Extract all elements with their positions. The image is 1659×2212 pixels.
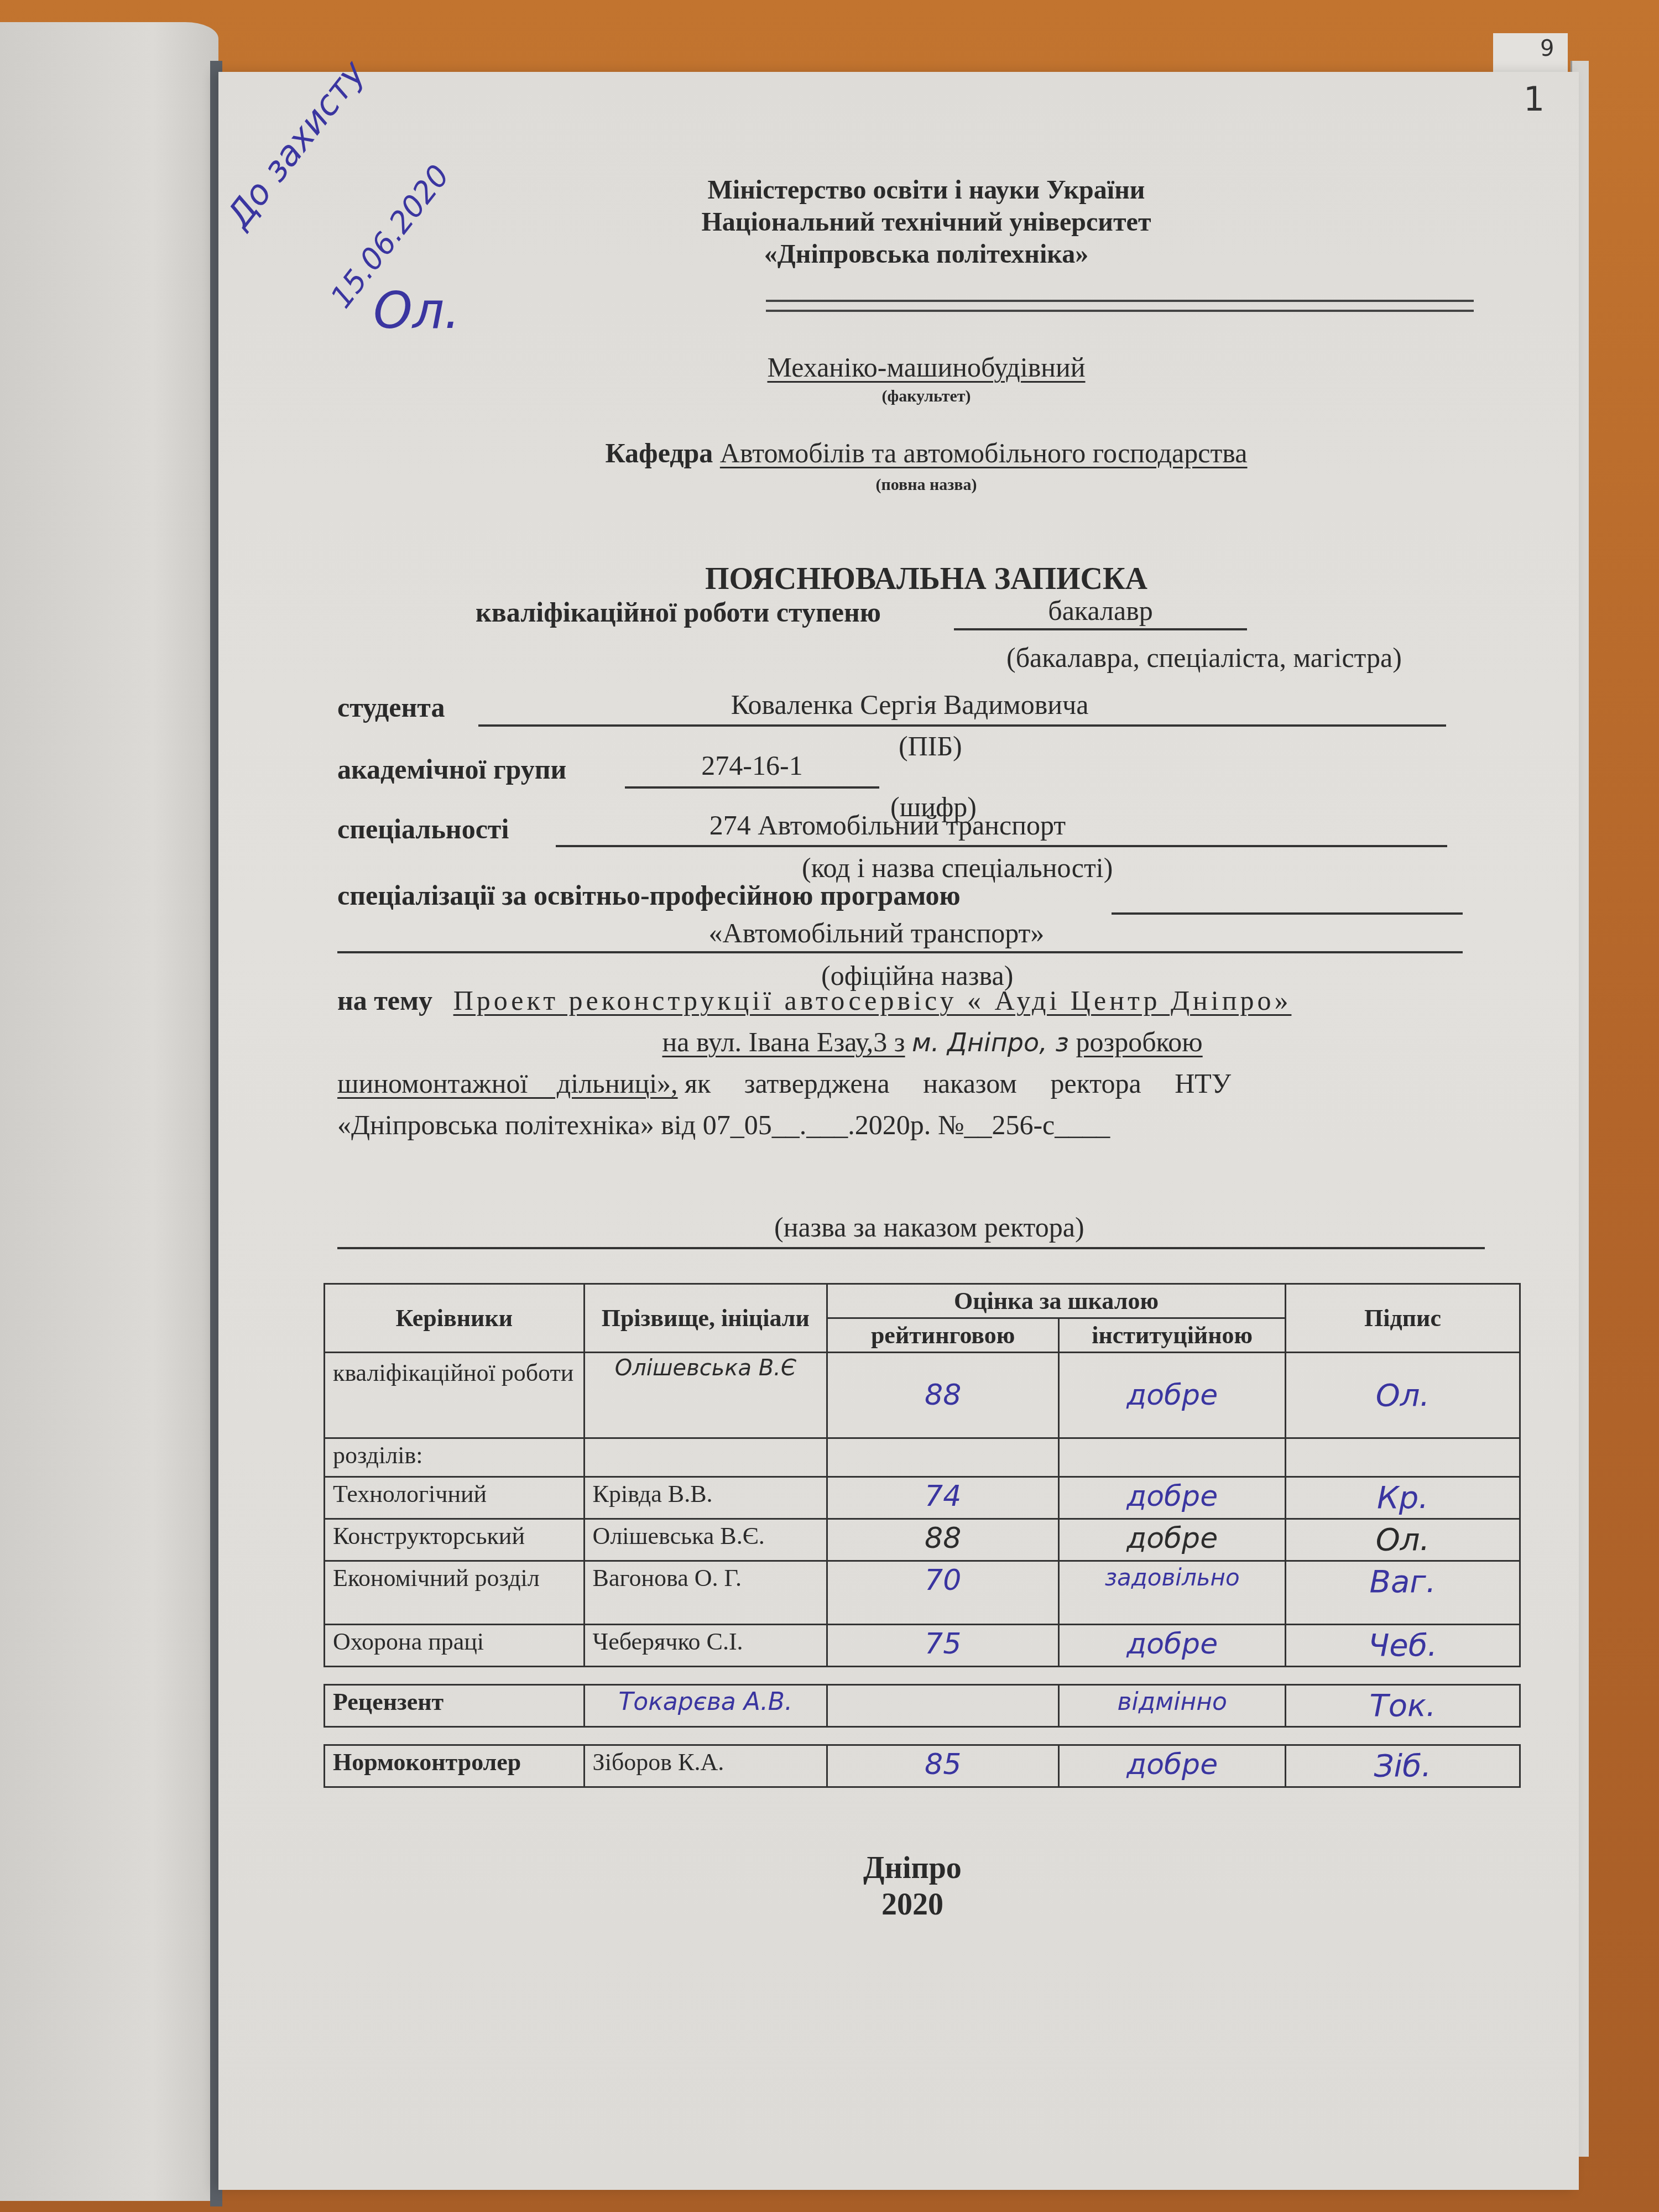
topic-label: на тему — [337, 985, 432, 1016]
left-page — [0, 22, 218, 2201]
table-row: Конструкторський Олішевська В.Є. 88 добр… — [325, 1519, 1520, 1561]
table-row: Економічний розділ Вагонова О. Г. 70 зад… — [325, 1561, 1520, 1625]
department-caption: (повна назва) — [218, 476, 1606, 494]
header-rule-top — [766, 300, 1474, 302]
signature: Чеб. — [1286, 1625, 1520, 1667]
signature: Ток. — [1286, 1685, 1520, 1727]
degree-label: кваліфікаційної роботи ступеню — [476, 596, 881, 628]
document-title: ПОЯСНЮВАЛЬНА ЗАПИСКА — [218, 561, 1606, 597]
topic-caption: (назва за наказом ректора) — [774, 1211, 1084, 1243]
ministry-line: Міністерство освіти і науки України — [218, 174, 1606, 206]
student-caption: (ПІБ) — [899, 730, 962, 762]
group-label: академічної групи — [337, 753, 566, 785]
topic-line-1: на тему Проект реконструкції автосервісу… — [337, 984, 1463, 1016]
header-name: Прізвище, ініціали — [584, 1284, 827, 1353]
norm-controller-row: Нормоконтролер Зіборов К.А. 85 добре Зіб… — [325, 1745, 1520, 1787]
table-row: Технологічний Крівда В.В. 74 добре Кр. — [325, 1477, 1520, 1519]
grades-table: Керівники Прізвище, ініціали Оцінка за ш… — [324, 1283, 1521, 1788]
university-name: «Дніпровська політехніка» — [218, 238, 1606, 270]
degree-caption: (бакалавра, спеціаліста, магістра) — [1006, 641, 1402, 674]
topic-title: Проект реконструкції автосервісу « Ауді … — [453, 985, 1292, 1016]
specialization-value: «Автомобільний транспорт» — [337, 917, 1416, 949]
table-header-row: Керівники Прізвище, ініціали Оцінка за ш… — [325, 1284, 1520, 1318]
department-value: Автомобілів та автомобільного господарст… — [720, 437, 1248, 468]
department-line: Кафедра Автомобілів та автомобільного го… — [218, 437, 1606, 469]
signature: Ол. — [1286, 1353, 1520, 1438]
page-number: 1 — [1524, 80, 1545, 119]
annotation-signature: Ол. — [373, 282, 460, 340]
student-label: студента — [337, 691, 445, 723]
student-name: Коваленка Сергія Вадимовича — [478, 688, 1241, 721]
reviewer-row: Рецензент Токарєва А.В. відмінно Ток. — [325, 1685, 1520, 1727]
handwritten-city: м. Дніпро, з — [912, 1027, 1069, 1057]
table-row: Охорона праці Чеберячко С.І. 75 добре Че… — [325, 1625, 1520, 1667]
faculty-caption: (факультет) — [218, 387, 1606, 406]
degree-value: бакалавр — [954, 594, 1247, 627]
table-row: кваліфікаційної роботи Олішевська В.Є 88… — [325, 1353, 1520, 1438]
specialty-label: спеціальності — [337, 813, 509, 845]
corner-mark: 9 — [1540, 36, 1554, 61]
footer-year: 2020 — [802, 1886, 1023, 1923]
header-signature: Підпис — [1286, 1284, 1520, 1353]
signature: Кр. — [1286, 1477, 1520, 1519]
header-grade-group: Оцінка за шкалою — [827, 1284, 1285, 1318]
header-rule-bottom — [766, 310, 1474, 312]
university-line: Національний технічний університет — [218, 206, 1606, 238]
signature: Ваг. — [1286, 1561, 1520, 1625]
table-row: розділів: — [325, 1438, 1520, 1477]
header-supervisors: Керівники — [325, 1284, 585, 1353]
header-rating: рейтинговою — [827, 1318, 1058, 1353]
topic-line-3: шиномонтажної дільниці», як затверджена … — [337, 1067, 1463, 1099]
signature: Ол. — [1286, 1519, 1520, 1561]
topic-line-4: «Дніпровська політехніка» від 07_05__.__… — [337, 1109, 1110, 1141]
group-value: 274-16-1 — [625, 749, 879, 781]
header-institutional: інституційною — [1059, 1318, 1286, 1353]
signature: Зіб. — [1286, 1745, 1520, 1787]
specialization-label: спеціалізації за освітньо-професійною пр… — [337, 879, 961, 911]
specialty-value: 274 Автомобільний транспорт — [556, 809, 1219, 841]
topic-line-2: _______________________ на вул. Івана Ез… — [337, 1026, 1203, 1058]
footer-city: Дніпро — [802, 1850, 1023, 1886]
faculty-value: Механіко-машинобудівний — [218, 351, 1606, 383]
